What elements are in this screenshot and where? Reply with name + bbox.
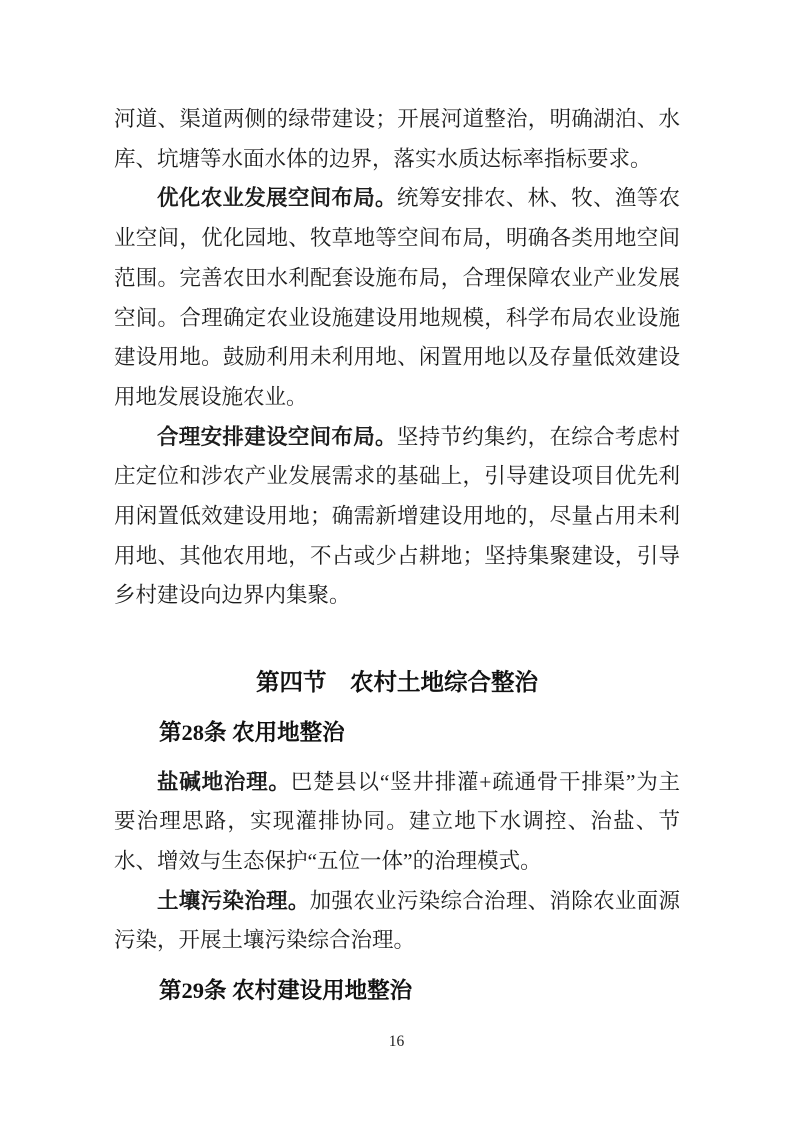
paragraph-bold-lead: 合理安排建设空间布局。 [157,425,397,449]
paragraph-water-bodies: 河道、渠道两侧的绿带建设；开展河道整治，明确湖泊、水库、坑塘等水面水体的边界，落… [114,100,680,179]
paragraph-text: 坚持节约集约，在综合考虑村庄定位和涉农产业发展需求的基础上，引导建设项目优先利用… [114,425,680,608]
section-heading: 第四节 农村土地综合整治 [114,663,680,703]
paragraph-text: 统筹安排农、林、牧、渔等农业空间，优化园地、牧草地等空间布局，明确各类用地空间范… [114,186,680,409]
paragraph-bold-lead: 优化农业发展空间布局。 [157,186,397,210]
article-28-heading: 第28条 农用地整治 [114,713,680,753]
paragraph-text: 河道、渠道两侧的绿带建设；开展河道整治，明确湖泊、水库、坑塘等水面水体的边界，落… [114,107,680,171]
page-number: 16 [0,1032,793,1052]
article-29-heading: 第29条 农村建设用地整治 [114,971,680,1011]
paragraph-bold-lead: 盐碱地治理。 [157,770,291,794]
paragraph-agriculture-layout: 优化农业发展空间布局。统筹安排农、林、牧、渔等农业空间，优化园地、牧草地等空间布… [114,179,680,417]
document-body: 河道、渠道两侧的绿带建设；开展河道整治，明确湖泊、水库、坑塘等水面水体的边界，落… [114,100,680,1021]
paragraph-construction-layout: 合理安排建设空间布局。坚持节约集约，在综合考虑村庄定位和涉农产业发展需求的基础上… [114,418,680,617]
paragraph-bold-lead: 土壤污染治理。 [157,889,310,913]
document-page: 河道、渠道两侧的绿带建设；开展河道整治，明确湖泊、水库、坑塘等水面水体的边界，落… [0,0,793,1122]
paragraph-soil-pollution: 土壤污染治理。加强农业污染综合治理、消除农业面源污染，开展土壤污染综合治理。 [114,882,680,961]
paragraph-saline-treatment: 盐碱地治理。巴楚县以“竖井排灌+疏通骨干排渠”为主要治理思路，实现灌排协同。建立… [114,763,680,882]
